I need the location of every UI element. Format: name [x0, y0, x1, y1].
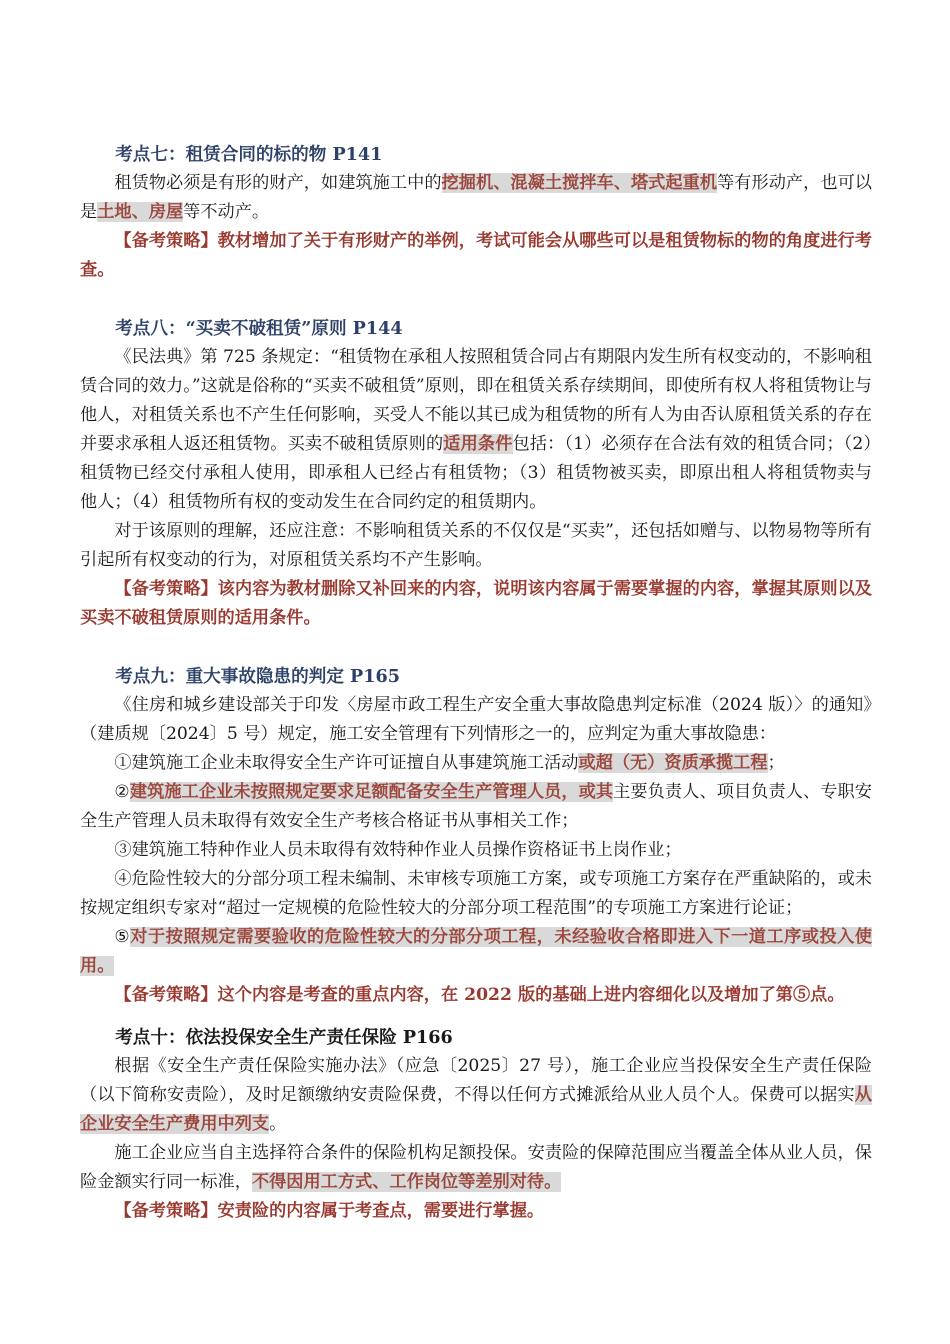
text-run: 对于该原则的理解，还应注意：不影响租赁关系的不仅仅是“买卖”，还包括如赠与、以物…: [80, 521, 872, 570]
body-paragraph: 对于该原则的理解，还应注意：不影响租赁关系的不仅仅是“买卖”，还包括如赠与、以物…: [80, 517, 872, 575]
strategy-note: 【备考策略】该内容为教材删除又补回来的内容，说明该内容属于需要掌握的内容，掌握其…: [80, 575, 872, 633]
body-paragraph: 根据《安全生产责任保险实施办法》（应急〔2025〕27 号），施工企业应当投保安…: [80, 1052, 872, 1139]
text-run: ；: [768, 753, 785, 773]
body-paragraph: 《住房和城乡建设部关于印发〈房屋市政工程生产安全重大事故隐患判定标准（2024 …: [80, 691, 872, 749]
text-run: 等不动产。: [183, 202, 269, 222]
body-paragraph: ④危险性较大的分部分项工程未编制、未审核专项施工方案，或专项施工方案存在严重缺陷…: [80, 865, 872, 923]
text-run: 【备考策略】该内容为教材删除又补回来的内容，说明该内容属于需要掌握的内容，掌握其…: [80, 579, 872, 628]
highlighted-text: 对于按照规定需要验收的危险性较大的分部分项工程，未经验收合格即进入下一道工序或投…: [80, 927, 872, 976]
body-paragraph: 《民法典》第 725 条规定：“租赁物在承租人按照租赁合同占有期限内发生所有权变…: [80, 343, 872, 517]
strategy-note: 【备考策略】这个内容是考查的重点内容，在 2022 版的基础上进内容细化以及增加…: [80, 981, 872, 1010]
text-run: 《住房和城乡建设部关于印发〈房屋市政工程生产安全重大事故隐患判定标准（2024 …: [80, 695, 872, 744]
strategy-note: 【备考策略】安责险的内容属于考查点，需要进行掌握。: [80, 1197, 872, 1226]
body-paragraph: ⑤对于按照规定需要验收的危险性较大的分部分项工程，未经验收合格即进入下一道工序或…: [80, 923, 872, 981]
topic-heading: 考点九：重大事故隐患的判定 P165: [80, 662, 872, 691]
text-run: ⑤: [114, 927, 130, 947]
text-run: 【备考策略】安责险的内容属于考查点，需要进行掌握。: [114, 1201, 544, 1221]
text-run: ④危险性较大的分部分项工程未编制、未审核专项施工方案，或专项施工方案存在严重缺陷…: [80, 869, 872, 918]
body-paragraph: ①建筑施工企业未取得安全生产许可证擅自从事建筑施工活动或超（无）资质承揽工程；: [80, 749, 872, 778]
highlighted-text: 不得因用工方式、工作岗位等差别对待。: [252, 1172, 561, 1192]
document-page: 考点七：租赁合同的标的物 P141租赁物必须是有形的财产，如建筑施工中的挖掘机、…: [0, 0, 950, 1344]
text-run: 。: [269, 1114, 286, 1134]
body-paragraph: ②建筑施工企业未按照规定要求足额配备安全生产管理人员，或其主要负责人、项目负责人…: [80, 778, 872, 836]
highlighted-text: 或超（无）资质承揽工程: [578, 753, 767, 773]
topic-section: 考点八：“买卖不破租赁”原则 P144《民法典》第 725 条规定：“租赁物在承…: [80, 314, 872, 633]
strategy-note: 【备考策略】教材增加了关于有形财产的举例，考试可能会从哪些可以是租赁物标的物的角…: [80, 227, 872, 285]
topic-heading: 考点八：“买卖不破租赁”原则 P144: [80, 314, 872, 343]
text-run: ②: [114, 782, 129, 802]
document-body: 考点七：租赁合同的标的物 P141租赁物必须是有形的财产，如建筑施工中的挖掘机、…: [80, 140, 872, 1226]
body-paragraph: 施工企业应当自主选择符合条件的保险机构足额投保。安责险的保障范围应当覆盖全体从业…: [80, 1139, 872, 1197]
text-run: ③建筑施工特种作业人员未取得有效特种作业人员操作资格证书上岗作业；: [114, 840, 681, 860]
text-run: 【备考策略】这个内容是考查的重点内容，在 2022 版的基础上进内容细化以及增加…: [114, 985, 844, 1005]
topic-heading: 考点十：依法投保安全生产责任保险 P166: [80, 1023, 872, 1052]
topic-heading: 考点七：租赁合同的标的物 P141: [80, 140, 872, 169]
highlighted-text: 适用条件: [443, 434, 512, 454]
highlighted-text: 建筑施工企业未按照规定要求足额配备安全生产管理人员，或其: [130, 782, 613, 802]
highlighted-text: 土地、房屋: [97, 202, 183, 222]
highlighted-text: 挖掘机、混凝土搅拌车、塔式起重机: [442, 173, 718, 193]
text-run: 【备考策略】教材增加了关于有形财产的举例，考试可能会从哪些可以是租赁物标的物的角…: [80, 231, 872, 280]
topic-section: 考点九：重大事故隐患的判定 P165《住房和城乡建设部关于印发〈房屋市政工程生产…: [80, 662, 872, 1010]
body-paragraph: 租赁物必须是有形的财产，如建筑施工中的挖掘机、混凝土搅拌车、塔式起重机等有形动产…: [80, 169, 872, 227]
topic-section: 考点七：租赁合同的标的物 P141租赁物必须是有形的财产，如建筑施工中的挖掘机、…: [80, 140, 872, 285]
text-run: 租赁物必须是有形的财产，如建筑施工中的: [114, 173, 441, 193]
text-run: 根据《安全生产责任保险实施办法》（应急〔2025〕27 号），施工企业应当投保安…: [80, 1056, 872, 1105]
text-run: ①建筑施工企业未取得安全生产许可证擅自从事建筑施工活动: [114, 753, 578, 773]
topic-section: 考点十：依法投保安全生产责任保险 P166根据《安全生产责任保险实施办法》（应急…: [80, 1023, 872, 1226]
body-paragraph: ③建筑施工特种作业人员未取得有效特种作业人员操作资格证书上岗作业；: [80, 836, 872, 865]
